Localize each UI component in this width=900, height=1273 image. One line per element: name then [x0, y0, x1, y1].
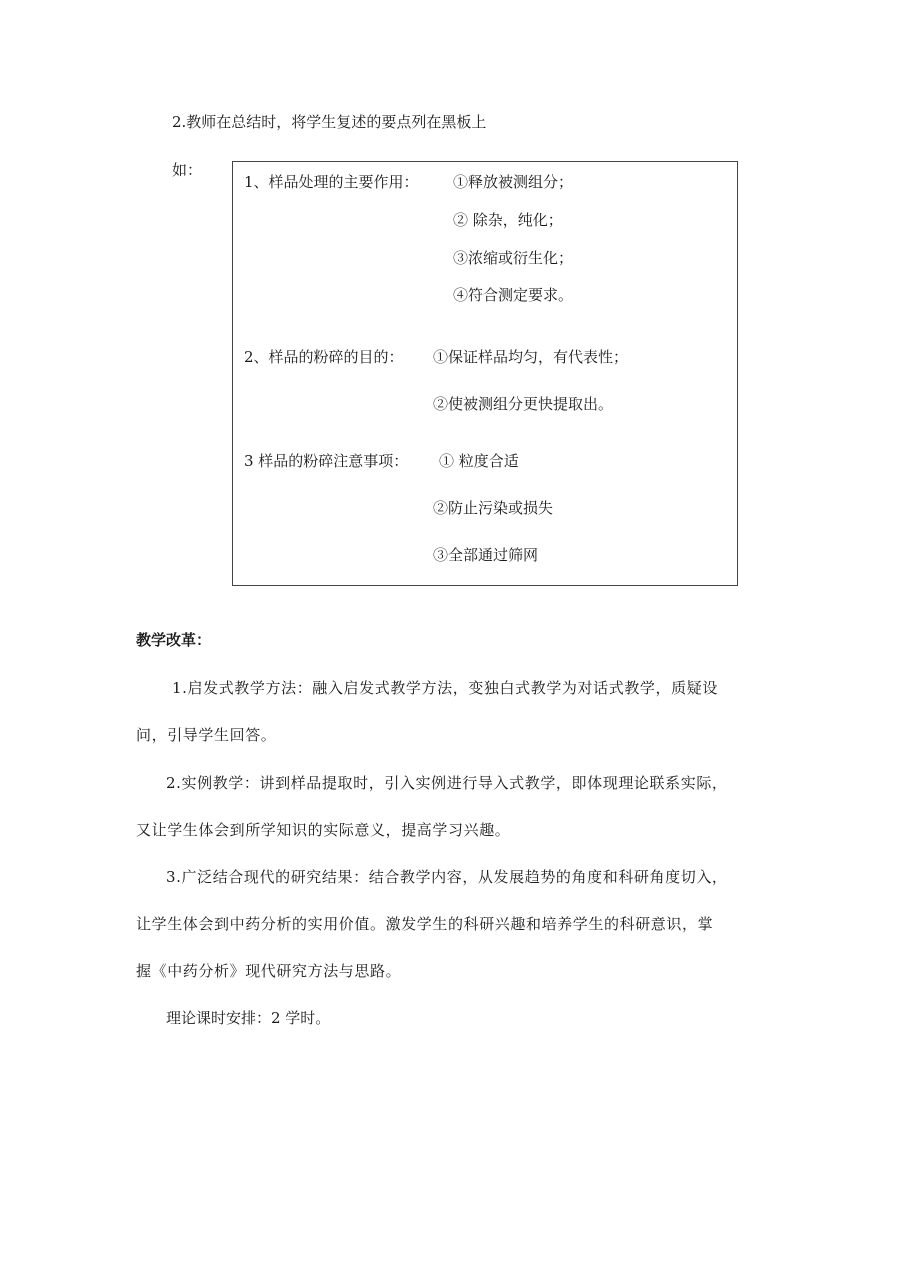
reform-paragraph-3-line-2: 让学生体会到中药分析的实用价值。激发学生的科研兴趣和培养学生的科研意识，掌	[136, 914, 713, 934]
summary-item-3-point-1: ① 粒度合适	[439, 451, 519, 471]
reform-paragraph-1-line-1: 1.启发式教学方法：融入启发式教学方法，变独白式教学为对话式教学，质疑设	[172, 678, 718, 698]
summary-item-2-point-2: ②使被测组分更快提取出。	[433, 394, 613, 414]
summary-item-2-title: 2、样品的粉碎的目的：	[244, 347, 404, 367]
summary-item-3-title: 3 样品的粉碎注意事项：	[244, 451, 408, 471]
reform-heading: 教学改革：	[136, 630, 211, 650]
summary-item-1-point-1: ①释放被测组分；	[453, 172, 573, 192]
lecture-hours-schedule: 理论课时安排：2 学时。	[166, 1008, 330, 1028]
summary-item-2-point-1: ①保证样品均匀，有代表性；	[433, 347, 628, 367]
reform-paragraph-3-line-3: 握《中药分析》现代研究方法与思路。	[136, 961, 401, 981]
reform-paragraph-1-line-2: 问，引导学生回答。	[136, 725, 276, 745]
example-label: 如：	[172, 160, 202, 180]
step-2-text: 2.教师在总结时，将学生复述的要点列在黑板上	[172, 112, 486, 132]
summary-item-1-point-4: ④符合测定要求。	[453, 285, 573, 305]
summary-item-1-point-3: ③浓缩或衍生化；	[453, 248, 573, 268]
summary-item-1-title: 1、样品处理的主要作用：	[244, 172, 419, 192]
summary-item-1-point-2: ② 除杂，纯化；	[453, 210, 563, 230]
summary-item-3-point-2: ②防止污染或损失	[433, 498, 553, 518]
summary-item-3-point-3: ③全部通过筛网	[433, 545, 538, 565]
reform-paragraph-2-line-1: 2.实例教学：讲到样品提取时，引入实例进行导入式教学，即体现理论联系实际，	[166, 773, 728, 793]
reform-paragraph-2-line-2: 又让学生体会到所学知识的实际意义，提高学习兴趣。	[136, 820, 510, 840]
reform-paragraph-3-line-1: 3.广泛结合现代的研究结果：结合教学内容，从发展趋势的角度和科研角度切入，	[166, 867, 728, 887]
